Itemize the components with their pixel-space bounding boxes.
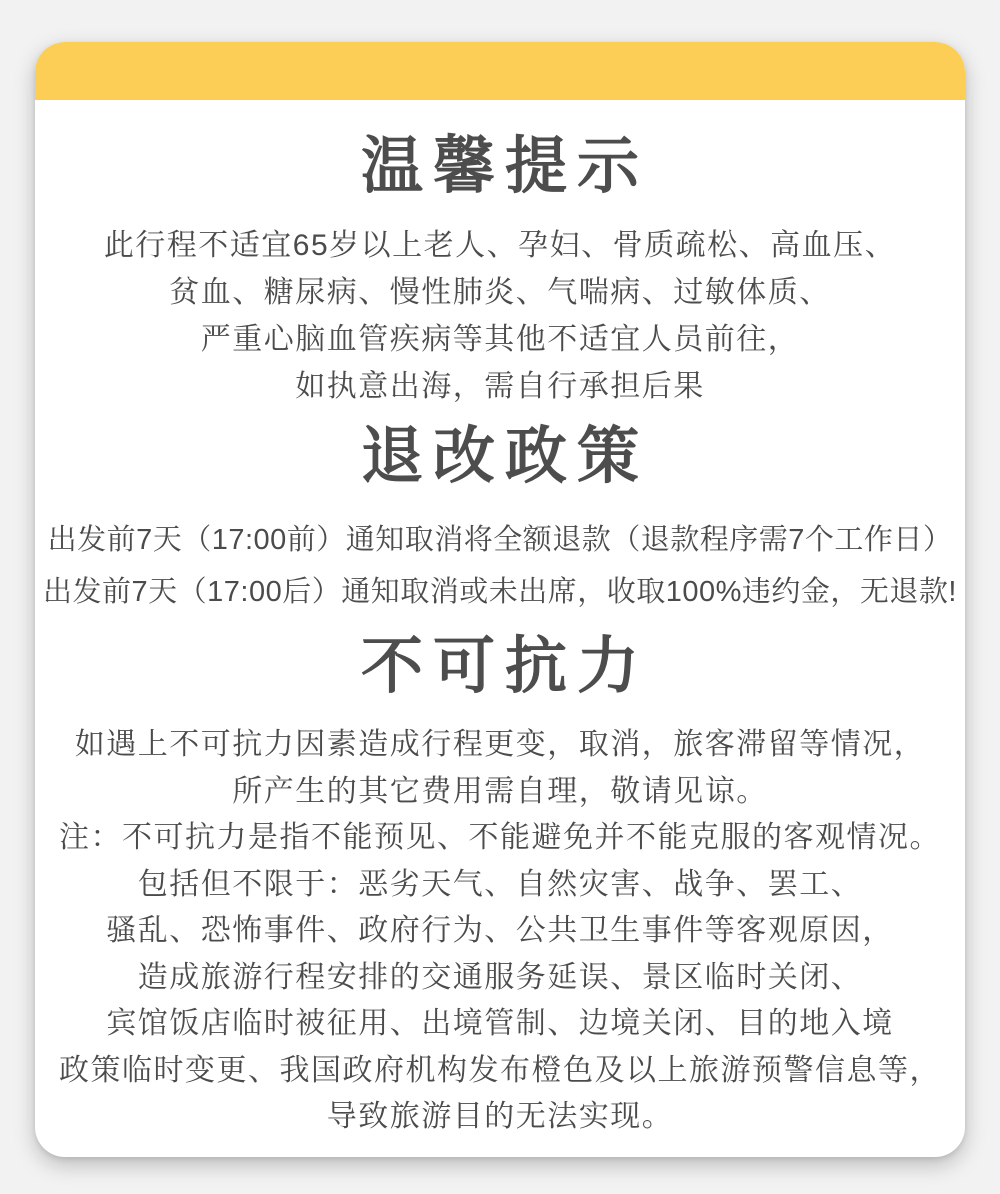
section-title-force-majeure: 不可抗力 bbox=[35, 636, 965, 698]
text-line: 贫血、糖尿病、慢性肺炎、气喘病、过敏体质、 bbox=[35, 269, 965, 316]
page-background: { "theme": { "page_background": "#f2f2f2… bbox=[0, 0, 1000, 1194]
text-line: 注：不可抗力是指不能预见、不能避免并不能克服的客观情况。 bbox=[35, 815, 965, 862]
section-body-refund-policy: 出发前7天（17:00前）通知取消将全额退款（退款程序需7个工作日） 出发前7天… bbox=[35, 514, 965, 618]
text-line: 政策临时变更、我国政府机构发布橙色及以上旅游预警信息等， bbox=[35, 1048, 965, 1095]
text-line: 宾馆饭店临时被征用、出境管制、边境关闭、目的地入境 bbox=[35, 1001, 965, 1048]
section-body-warm-tips: 此行程不适宜65岁以上老人、孕妇、骨质疏松、高血压、 贫血、糖尿病、慢性肺炎、气… bbox=[35, 222, 965, 410]
text-line: 导致旅游目的无法实现。 bbox=[35, 1094, 965, 1141]
section-body-force-majeure: 如遇上不可抗力因素造成行程更变，取消，旅客滞留等情况， 所产生的其它费用需自理，… bbox=[35, 722, 965, 1141]
text-line: 出发前7天（17:00前）通知取消将全额退款（退款程序需7个工作日） bbox=[35, 514, 965, 566]
text-line: 严重心脑血管疾病等其他不适宜人员前往， bbox=[35, 316, 965, 363]
text-line: 所产生的其它费用需自理，敬请见谅。 bbox=[35, 769, 965, 816]
text-line: 如遇上不可抗力因素造成行程更变，取消，旅客滞留等情况， bbox=[35, 722, 965, 769]
text-line: 造成旅游行程安排的交通服务延误、景区临时关闭、 bbox=[35, 955, 965, 1002]
section-title-refund-policy: 退改政策 bbox=[35, 426, 965, 488]
text-line: 骚乱、恐怖事件、政府行为、公共卫生事件等客观原因， bbox=[35, 908, 965, 955]
section-title-warm-tips: 温馨提示 bbox=[35, 136, 965, 198]
text-line: 出发前7天（17:00后）通知取消或未出席，收取100%违约金，无退款! bbox=[35, 566, 965, 618]
yellow-header-bar bbox=[35, 42, 965, 100]
text-line: 此行程不适宜65岁以上老人、孕妇、骨质疏松、高血压、 bbox=[35, 222, 965, 269]
text-line: 如执意出海，需自行承担后果 bbox=[35, 363, 965, 410]
notice-card: 温馨提示 此行程不适宜65岁以上老人、孕妇、骨质疏松、高血压、 贫血、糖尿病、慢… bbox=[35, 42, 965, 1157]
text-line: 包括但不限于：恶劣天气、自然灾害、战争、罢工、 bbox=[35, 862, 965, 909]
